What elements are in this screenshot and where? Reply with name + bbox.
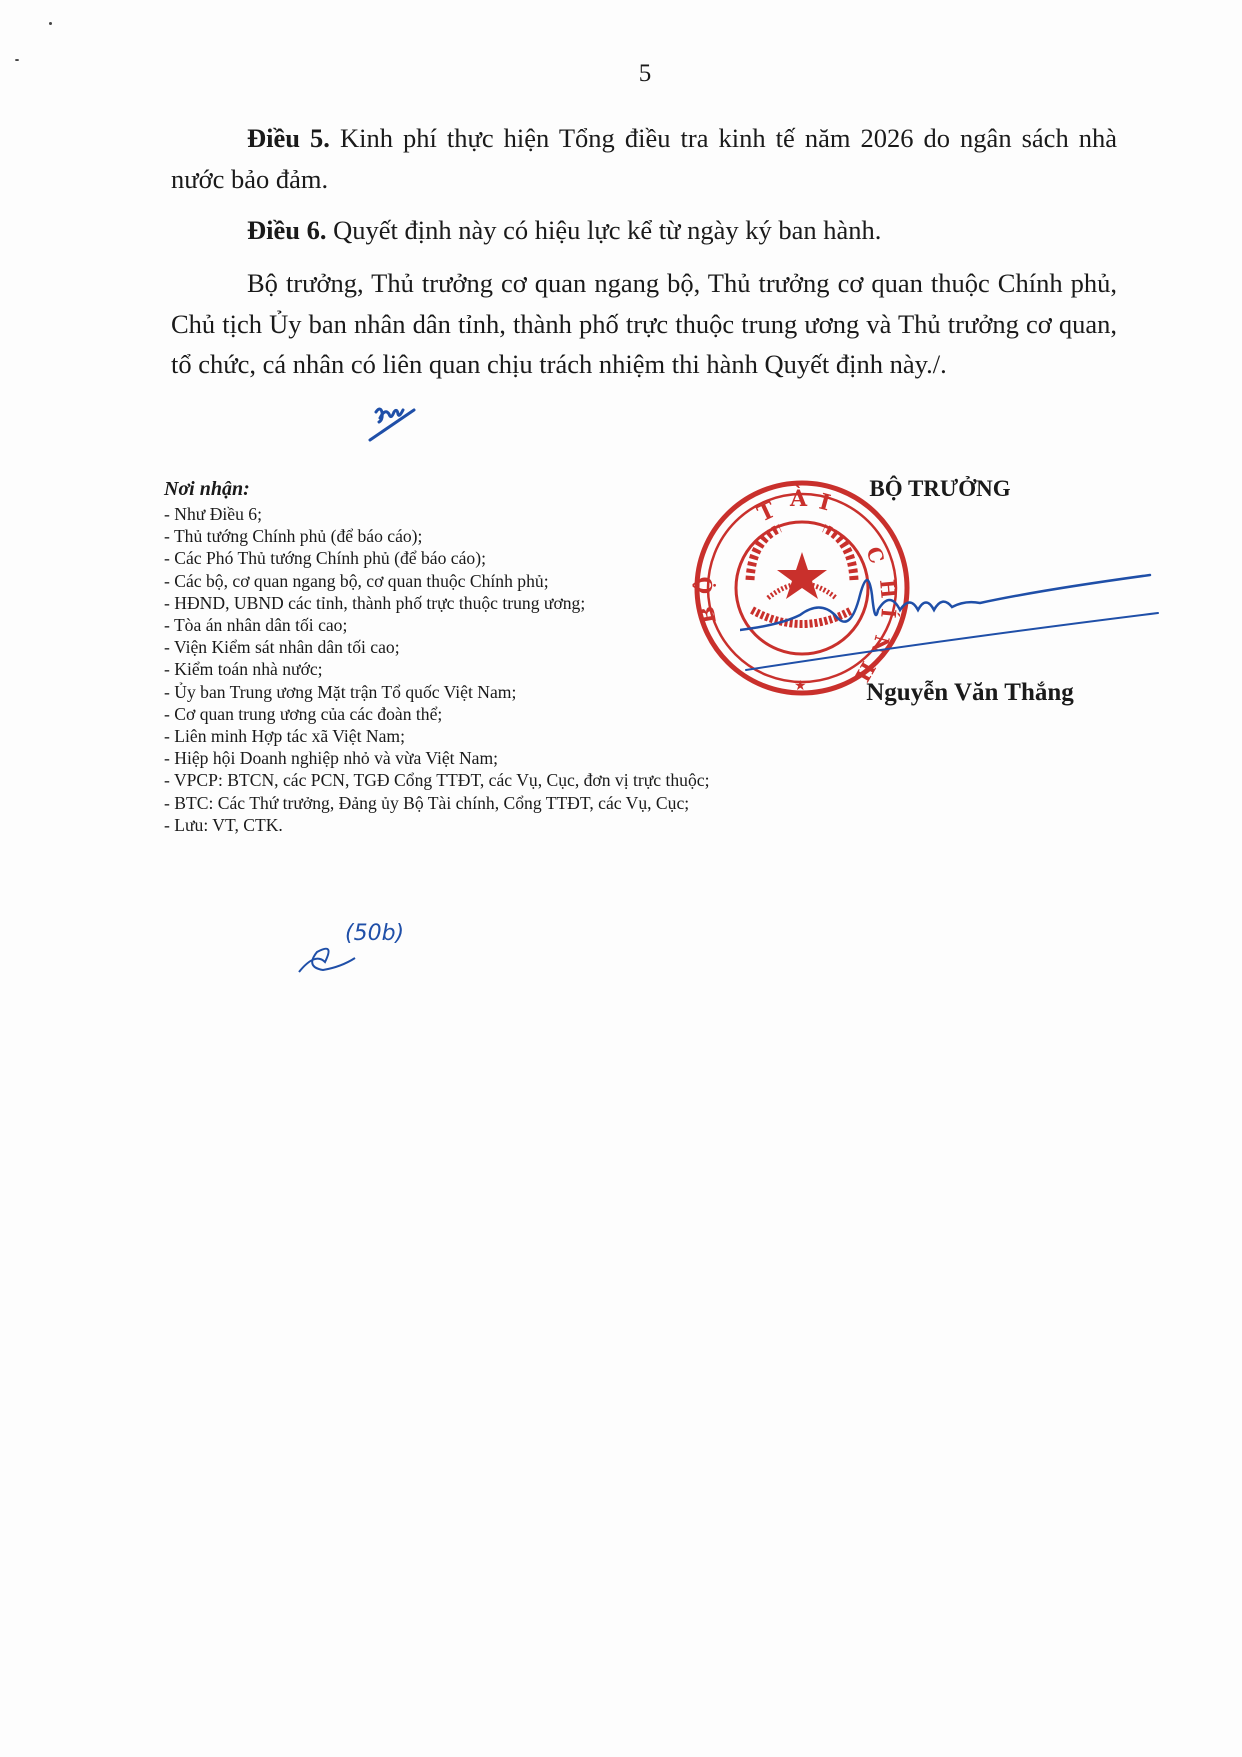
article-6-text: Quyết định này có hiệu lực kể từ ngày ký…: [327, 215, 882, 245]
recipient-item: - HĐND, UBND các tỉnh, thành phố trực th…: [164, 592, 734, 614]
signer-name: Nguyễn Văn Thắng: [820, 679, 1120, 707]
svg-text:T: T: [754, 497, 780, 528]
svg-text:Ộ: Ộ: [691, 577, 717, 594]
signer-title: BỘ TRƯỞNG: [790, 476, 1090, 502]
recipient-item: - Các Phó Thủ tướng Chính phủ (để báo cá…: [164, 547, 734, 569]
recipient-item: - Hiệp hội Doanh nghiệp nhỏ và vừa Việt …: [164, 747, 734, 769]
article-6-label: Điều 6.: [247, 215, 327, 245]
recipients-title: Nơi nhận:: [164, 477, 734, 501]
recipients-block: Nơi nhận: - Như Điều 6; - Thủ tướng Chín…: [164, 477, 734, 836]
closing-paragraph-text: Bộ trưởng, Thủ trưởng cơ quan ngang bộ, …: [171, 263, 1117, 385]
recipient-item: - BTC: Các Thứ trưởng, Đảng ủy Bộ Tài ch…: [164, 792, 734, 814]
page-number: 5: [0, 60, 1242, 88]
recipient-item: - Cơ quan trung ương của các đoàn thể;: [164, 703, 734, 725]
recipient-item: - Thủ tướng Chính phủ (để báo cáo);: [164, 525, 734, 547]
article-5-label: Điều 5.: [247, 123, 330, 153]
recipient-item: - Lưu: VT, CTK.: [164, 814, 734, 836]
recipient-item: - Các bộ, cơ quan ngang bộ, cơ quan thuộ…: [164, 570, 734, 592]
recipient-item: - VPCP: BTCN, các PCN, TGĐ Cổng TTĐT, cá…: [164, 769, 734, 791]
recipient-item: - Tòa án nhân dân tối cao;: [164, 614, 734, 636]
handwritten-signature-icon: [740, 555, 1160, 685]
handwritten-note: (50b): [295, 912, 425, 982]
recipient-item: - Ủy ban Trung ương Mặt trận Tổ quốc Việ…: [164, 681, 734, 703]
recipient-item: - Liên minh Hợp tác xã Việt Nam;: [164, 725, 734, 747]
closing-paragraph: Bộ trưởng, Thủ trưởng cơ quan ngang bộ, …: [171, 263, 1117, 385]
recipient-item: - Viện Kiểm sát nhân dân tối cao;: [164, 636, 734, 658]
recipient-item: - Kiểm toán nhà nước;: [164, 658, 734, 680]
handwritten-initials-icon: [368, 400, 428, 450]
scan-speck: [49, 22, 52, 25]
article-6: Điều 6. Quyết định này có hiệu lực kể từ…: [171, 210, 1117, 251]
handwritten-note-text: (50b): [345, 921, 404, 946]
article-5: Điều 5. Kinh phí thực hiện Tổng điều tra…: [171, 118, 1117, 199]
recipient-item: - Như Điều 6;: [164, 503, 734, 525]
